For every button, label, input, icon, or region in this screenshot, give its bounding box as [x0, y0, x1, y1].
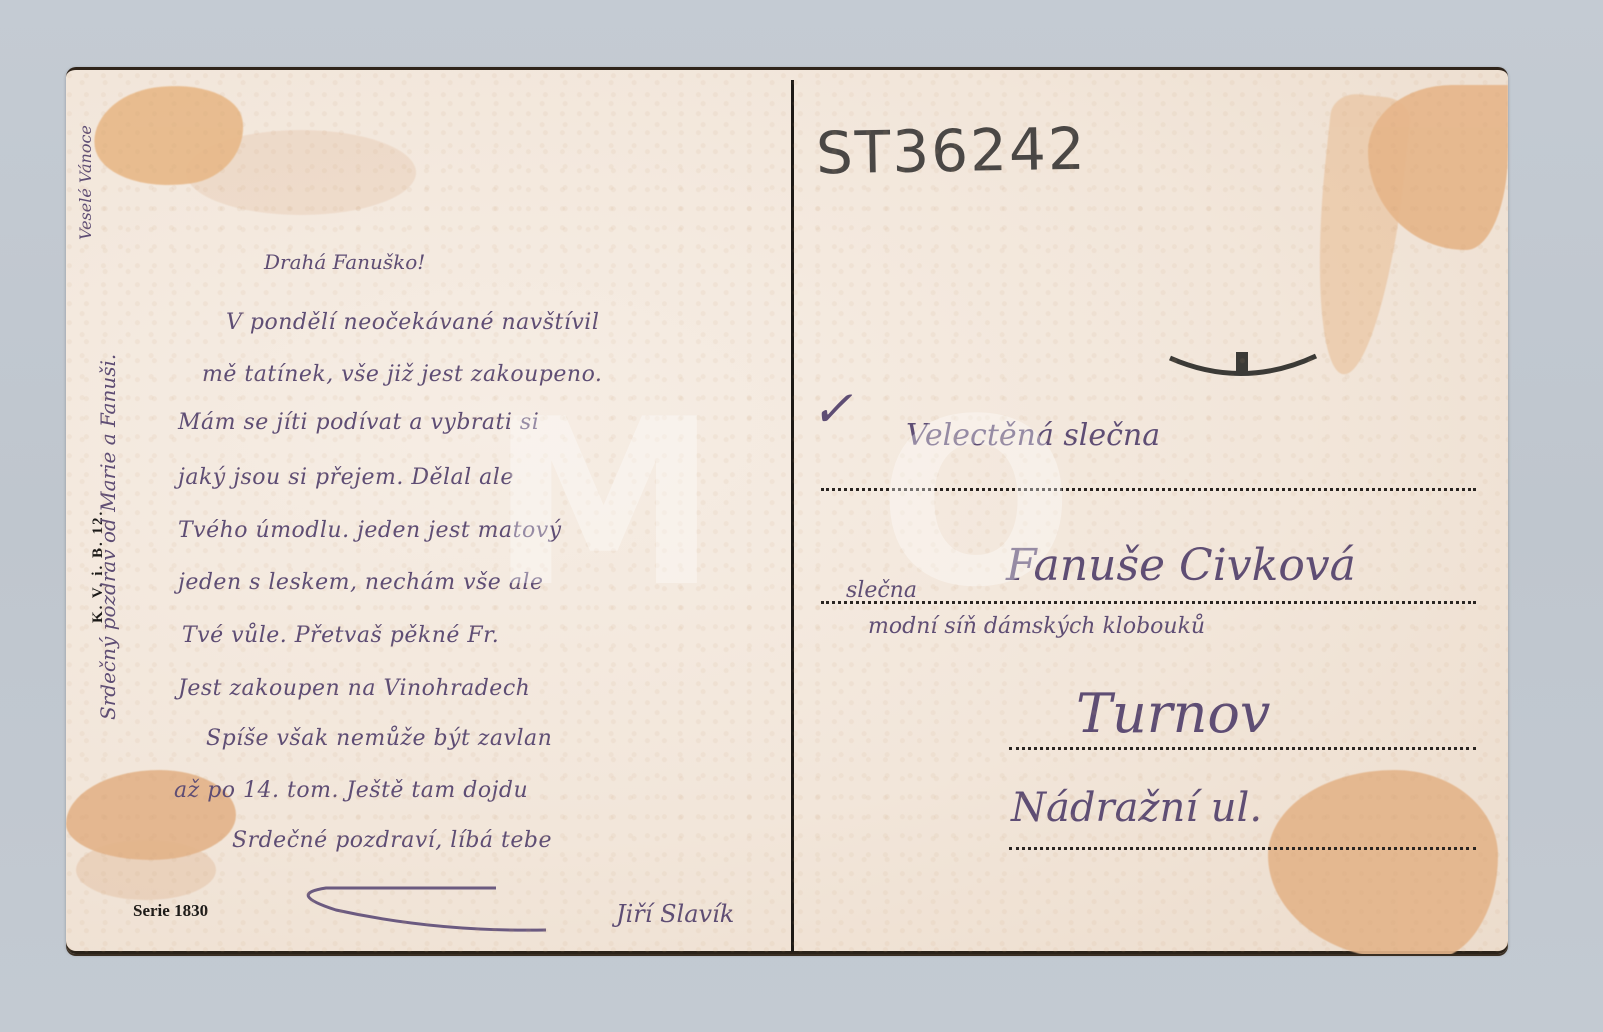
message-line: Tvého úmodlu. jeden jest matový — [178, 518, 562, 543]
address-street: Nádražní ul. — [1011, 785, 1262, 831]
message-line: Srdečné pozdraví, líbá tebe — [232, 828, 552, 853]
message-line: jaký jsou si přejem. Dělal ale — [178, 465, 514, 490]
message-greeting: Drahá Fanuško! — [264, 250, 425, 274]
postcard: K. V. i. B. 12. Serie 1830 ST36242 Vesel… — [66, 67, 1508, 954]
postmark-icon — [1168, 350, 1318, 380]
stain — [1268, 770, 1498, 954]
address-line-3 — [1009, 747, 1476, 750]
address-line-1 — [821, 488, 1476, 491]
address-occupation: modní síň dámských klobouků — [868, 614, 1205, 639]
center-divider — [791, 80, 794, 952]
message-line: V pondělí neočekávané navštívil — [226, 310, 599, 335]
address-salutation-initial: ✓ — [811, 380, 853, 438]
side-note-top: Veselé Vánoce — [76, 125, 95, 240]
address-line-2 — [821, 601, 1476, 604]
message-line: Mám se jíti podívat a vybrati si — [178, 410, 539, 435]
address-title: slečna — [846, 578, 917, 603]
address-name: Fanuše Civková — [1006, 540, 1356, 591]
side-note: Srdečný pozdrav od Marie a Fanuši. — [96, 354, 120, 720]
series-label: Serie 1830 — [133, 901, 208, 921]
signature: Jiří Slavík — [616, 900, 734, 928]
message-line: Jest zakoupen na Vinohradech — [178, 676, 530, 701]
message-line: Spíše však nemůže být zavlan — [206, 726, 552, 751]
message-line: jeden s leskem, nechám vše ale — [178, 570, 544, 595]
address-salutation: Velectěná slečna — [906, 418, 1160, 453]
message-line: až po 14. tom. Ještě tam dojdu — [174, 778, 528, 803]
address-line-4 — [1009, 847, 1476, 850]
inventory-number: ST36242 — [815, 115, 1087, 188]
message-line: mě tatínek, vše již jest zakoupeno. — [202, 362, 602, 387]
address-city: Turnov — [1076, 682, 1270, 745]
message-line: Tvé vůle. Přetvaš pěkné Fr. — [182, 623, 499, 648]
